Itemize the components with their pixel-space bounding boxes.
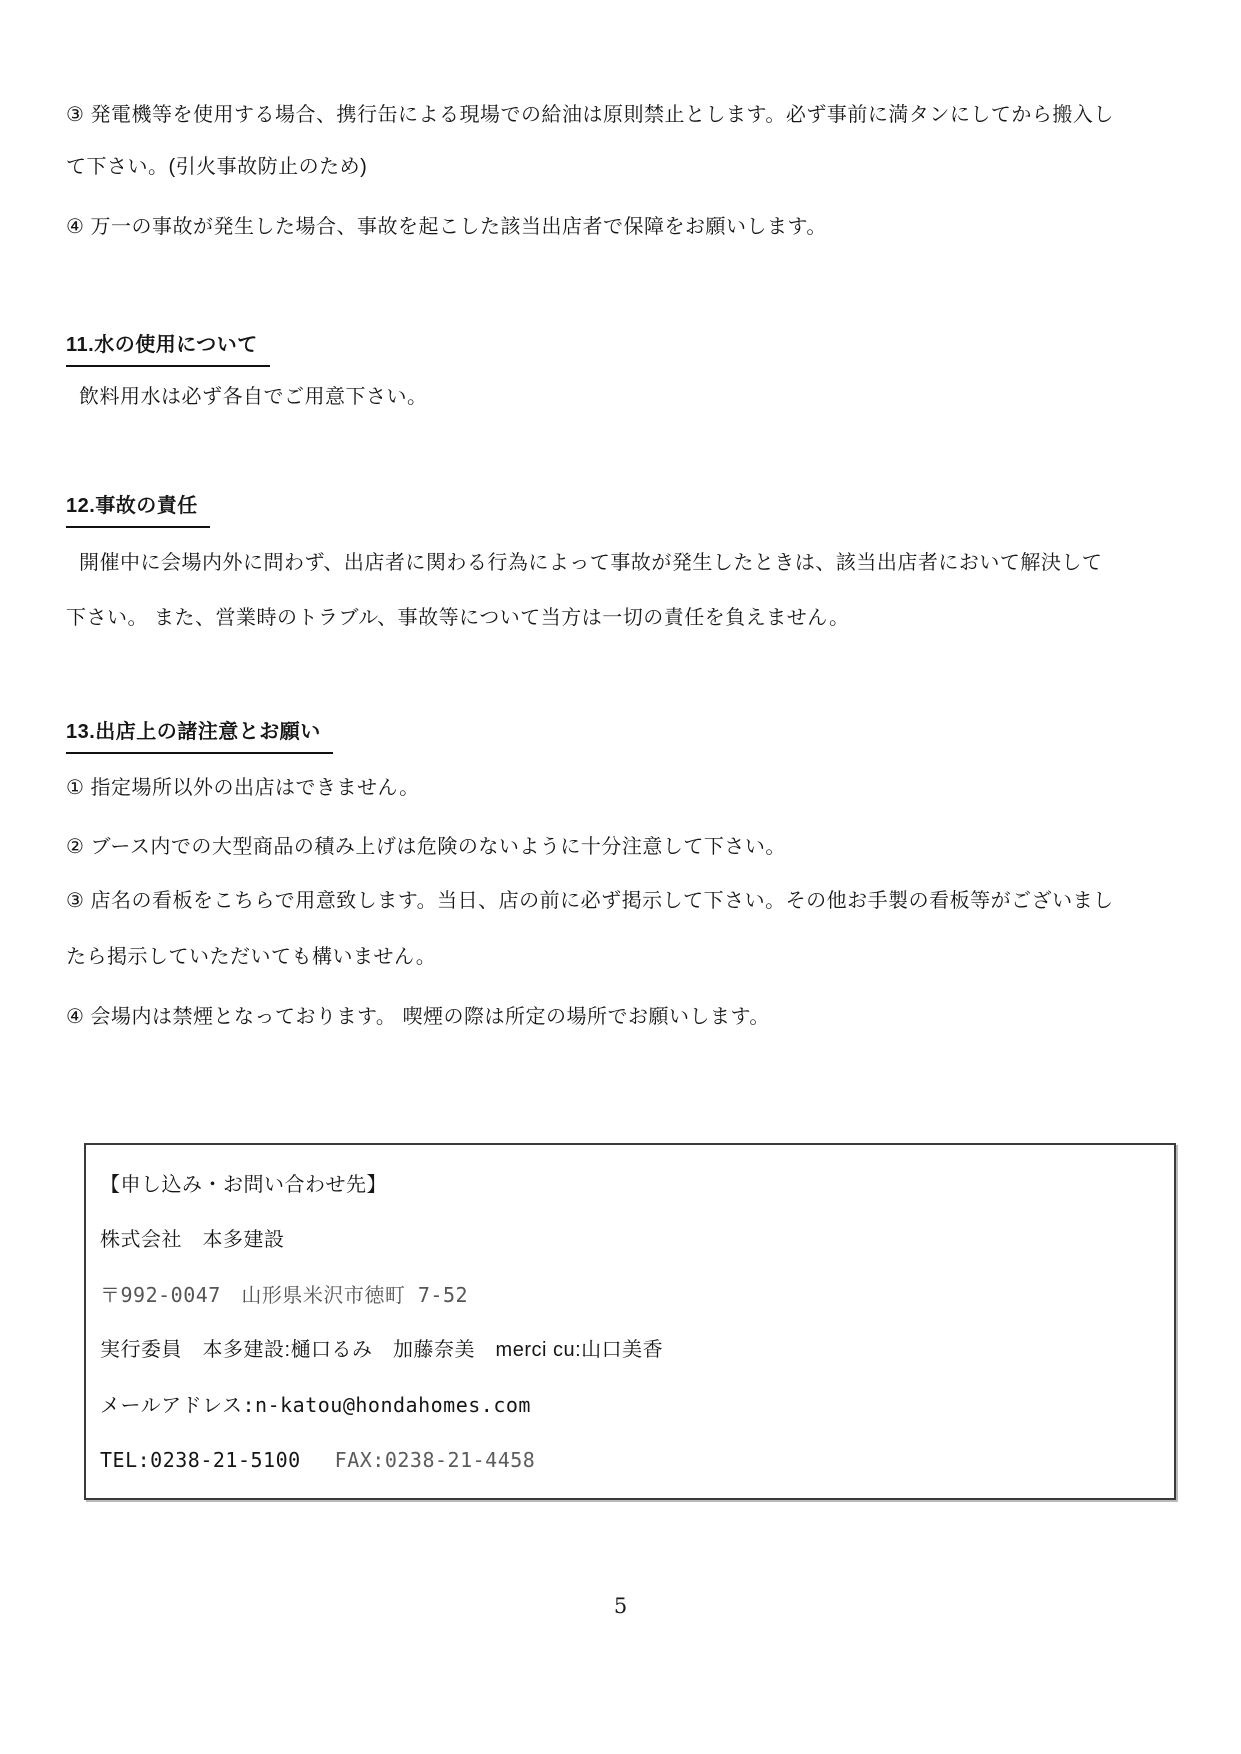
- contact-phone: TEL:0238-21-5100FAX:0238-21-4458: [100, 1433, 1160, 1488]
- document-page: ③ 発電機等を使用する場合、携行缶による現場での給油は原則禁止とします。必ず事前…: [0, 0, 1241, 1754]
- contact-company: 株式会社 本多建設: [100, 1213, 1160, 1268]
- page-number: 5: [0, 1594, 1241, 1618]
- list-item: ② ブース内での大型商品の積み上げは危険のないように十分注意して下さい。: [66, 821, 1177, 873]
- contact-committee: 実行委員 本多建設:樋口るみ 加藤奈美 merci cu:山口美香: [100, 1323, 1160, 1378]
- paragraph-line: たら掲示していただいても構いません。: [66, 931, 1177, 983]
- contact-email: メールアドレス:n-katou@hondahomes.com: [100, 1378, 1160, 1433]
- contact-tel: TEL:0238-21-5100: [100, 1448, 301, 1472]
- section-heading-text: 11.水の使用について: [66, 325, 270, 367]
- list-item: ① 指定場所以外の出店はできません。: [66, 762, 1177, 814]
- paragraph-line: ④ 万一の事故が発生した場合、事故を起こした該当出店者で保障をお願いします。: [66, 201, 1177, 253]
- list-item: ④ 会場内は禁煙となっております。 喫煙の際は所定の場所でお願いします。: [66, 991, 1177, 1043]
- contact-address: 〒992-0047 山形県米沢市徳町 7-52: [100, 1268, 1160, 1323]
- document-body: ③ 発電機等を使用する場合、携行缶による現場での給油は原則禁止とします。必ず事前…: [66, 89, 1177, 1500]
- section-heading-text: 12.事故の責任: [66, 486, 210, 528]
- paragraph-line: 下さい。 また、営業時のトラブル、事故等について当方は一切の責任を負えません。: [66, 592, 1177, 644]
- section-heading-text: 13.出店上の諸注意とお願い: [66, 712, 333, 754]
- section-heading-12: 12.事故の責任: [66, 480, 1177, 532]
- paragraph-line: ③ 発電機等を使用する場合、携行缶による現場での給油は原則禁止とします。必ず事前…: [66, 89, 1177, 141]
- paragraph-line: 飲料用水は必ず各自でご用意下さい。: [66, 371, 1177, 423]
- section-heading-11: 11.水の使用について: [66, 319, 1177, 371]
- list-item: ③ 店名の看板をこちらで用意致します。当日、店の前に必ず掲示して下さい。その他お…: [66, 875, 1177, 927]
- contact-fax: FAX:0238-21-4458: [335, 1448, 536, 1472]
- contact-info-box: 【申し込み・お問い合わせ先】 株式会社 本多建設 〒992-0047 山形県米沢…: [84, 1143, 1176, 1500]
- contact-box-title: 【申し込み・お問い合わせ先】: [100, 1158, 1160, 1213]
- paragraph-line: 開催中に会場内外に問わず、出店者に関わる行為によって事故が発生したときは、該当出…: [66, 537, 1177, 589]
- section-heading-13: 13.出店上の諸注意とお願い: [66, 706, 1177, 758]
- paragraph-line: て下さい。(引火事故防止のため): [66, 141, 1177, 193]
